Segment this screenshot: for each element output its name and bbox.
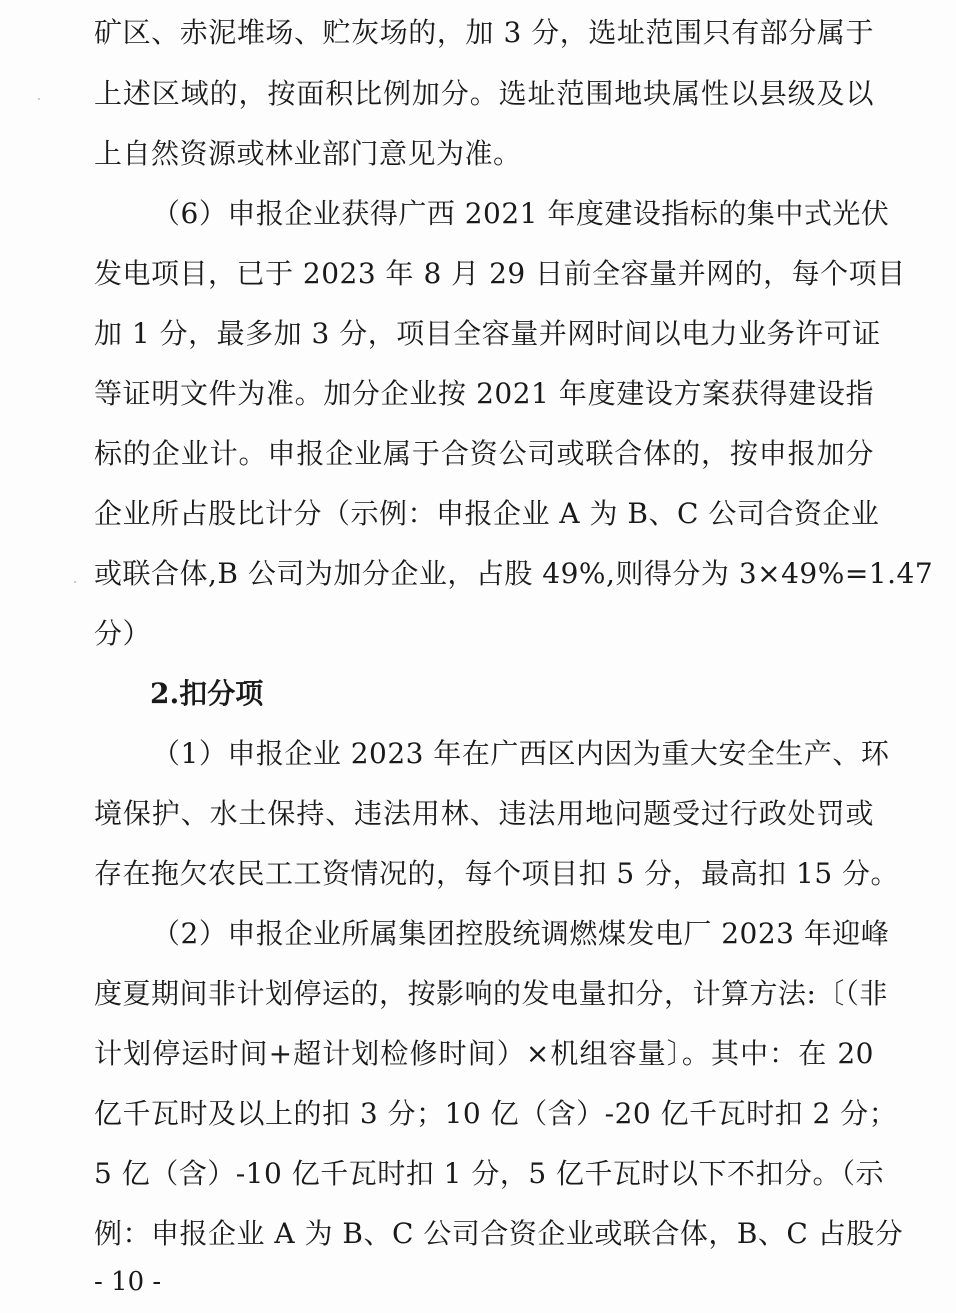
text-line: 分）	[94, 614, 874, 654]
text-line: 亿千瓦时及以上的扣 3 分；10 亿（含）-20 亿千瓦时扣 2 分；	[94, 1094, 874, 1134]
text-line: 标的企业计。申报企业属于合资公司或联合体的，按申报加分	[94, 434, 874, 474]
text-line: 或联合体,B 公司为加分企业，占股 49%,则得分为 3×49%=1.47	[94, 554, 874, 594]
scan-speck	[74, 581, 76, 583]
text-line: 5 亿（含）-10 亿千瓦时扣 1 分，5 亿千瓦时以下不扣分。（示	[94, 1154, 874, 1194]
page-number: - 10 -	[94, 1262, 161, 1302]
text-line: 度夏期间非计划停运的，按影响的发电量扣分，计算方法:〔（非	[94, 974, 874, 1014]
text-line: （2）申报企业所属集团控股统调燃煤发电厂 2023 年迎峰	[152, 914, 874, 954]
text-line: 矿区、赤泥堆场、贮灰场的，加 3 分，选址范围只有部分属于	[94, 13, 874, 53]
text-line: 企业所占股比计分（示例：申报企业 A 为 B、C 公司合资企业	[94, 494, 874, 534]
text-line: 上述区域的，按面积比例加分。选址范围地块属性以县级及以	[94, 74, 874, 114]
text-line: 上自然资源或林业部门意见为准。	[94, 134, 874, 174]
text-line: 等证明文件为准。加分企业按 2021 年度建设方案获得建设指	[94, 374, 874, 414]
text-line: 计划停运时间+超计划检修时间）×机组容量〕。其中：在 20	[94, 1034, 874, 1074]
text-line: （6）申报企业获得广西 2021 年度建设指标的集中式光伏	[152, 194, 874, 234]
section-heading: 2.扣分项	[150, 674, 263, 714]
document-page: 矿区、赤泥堆场、贮灰场的，加 3 分，选址范围只有部分属于 上述区域的，按面积比…	[0, 0, 956, 1313]
text-line: 存在拖欠农民工工资情况的，每个项目扣 5 分，最高扣 15 分。	[94, 854, 874, 894]
text-line: （1）申报企业 2023 年在广西区内因为重大安全生产、环	[152, 734, 874, 774]
text-line: 加 1 分，最多加 3 分，项目全容量并网时间以电力业务许可证	[94, 314, 874, 354]
text-line: 境保护、水土保持、违法用林、违法用地问题受过行政处罚或	[94, 794, 874, 834]
scan-speck	[38, 98, 40, 100]
text-line: 发电项目，已于 2023 年 8 月 29 日前全容量并网的，每个项目	[94, 254, 874, 294]
text-line: 例：申报企业 A 为 B、C 公司合资企业或联合体，B、C 占股分	[94, 1214, 874, 1254]
